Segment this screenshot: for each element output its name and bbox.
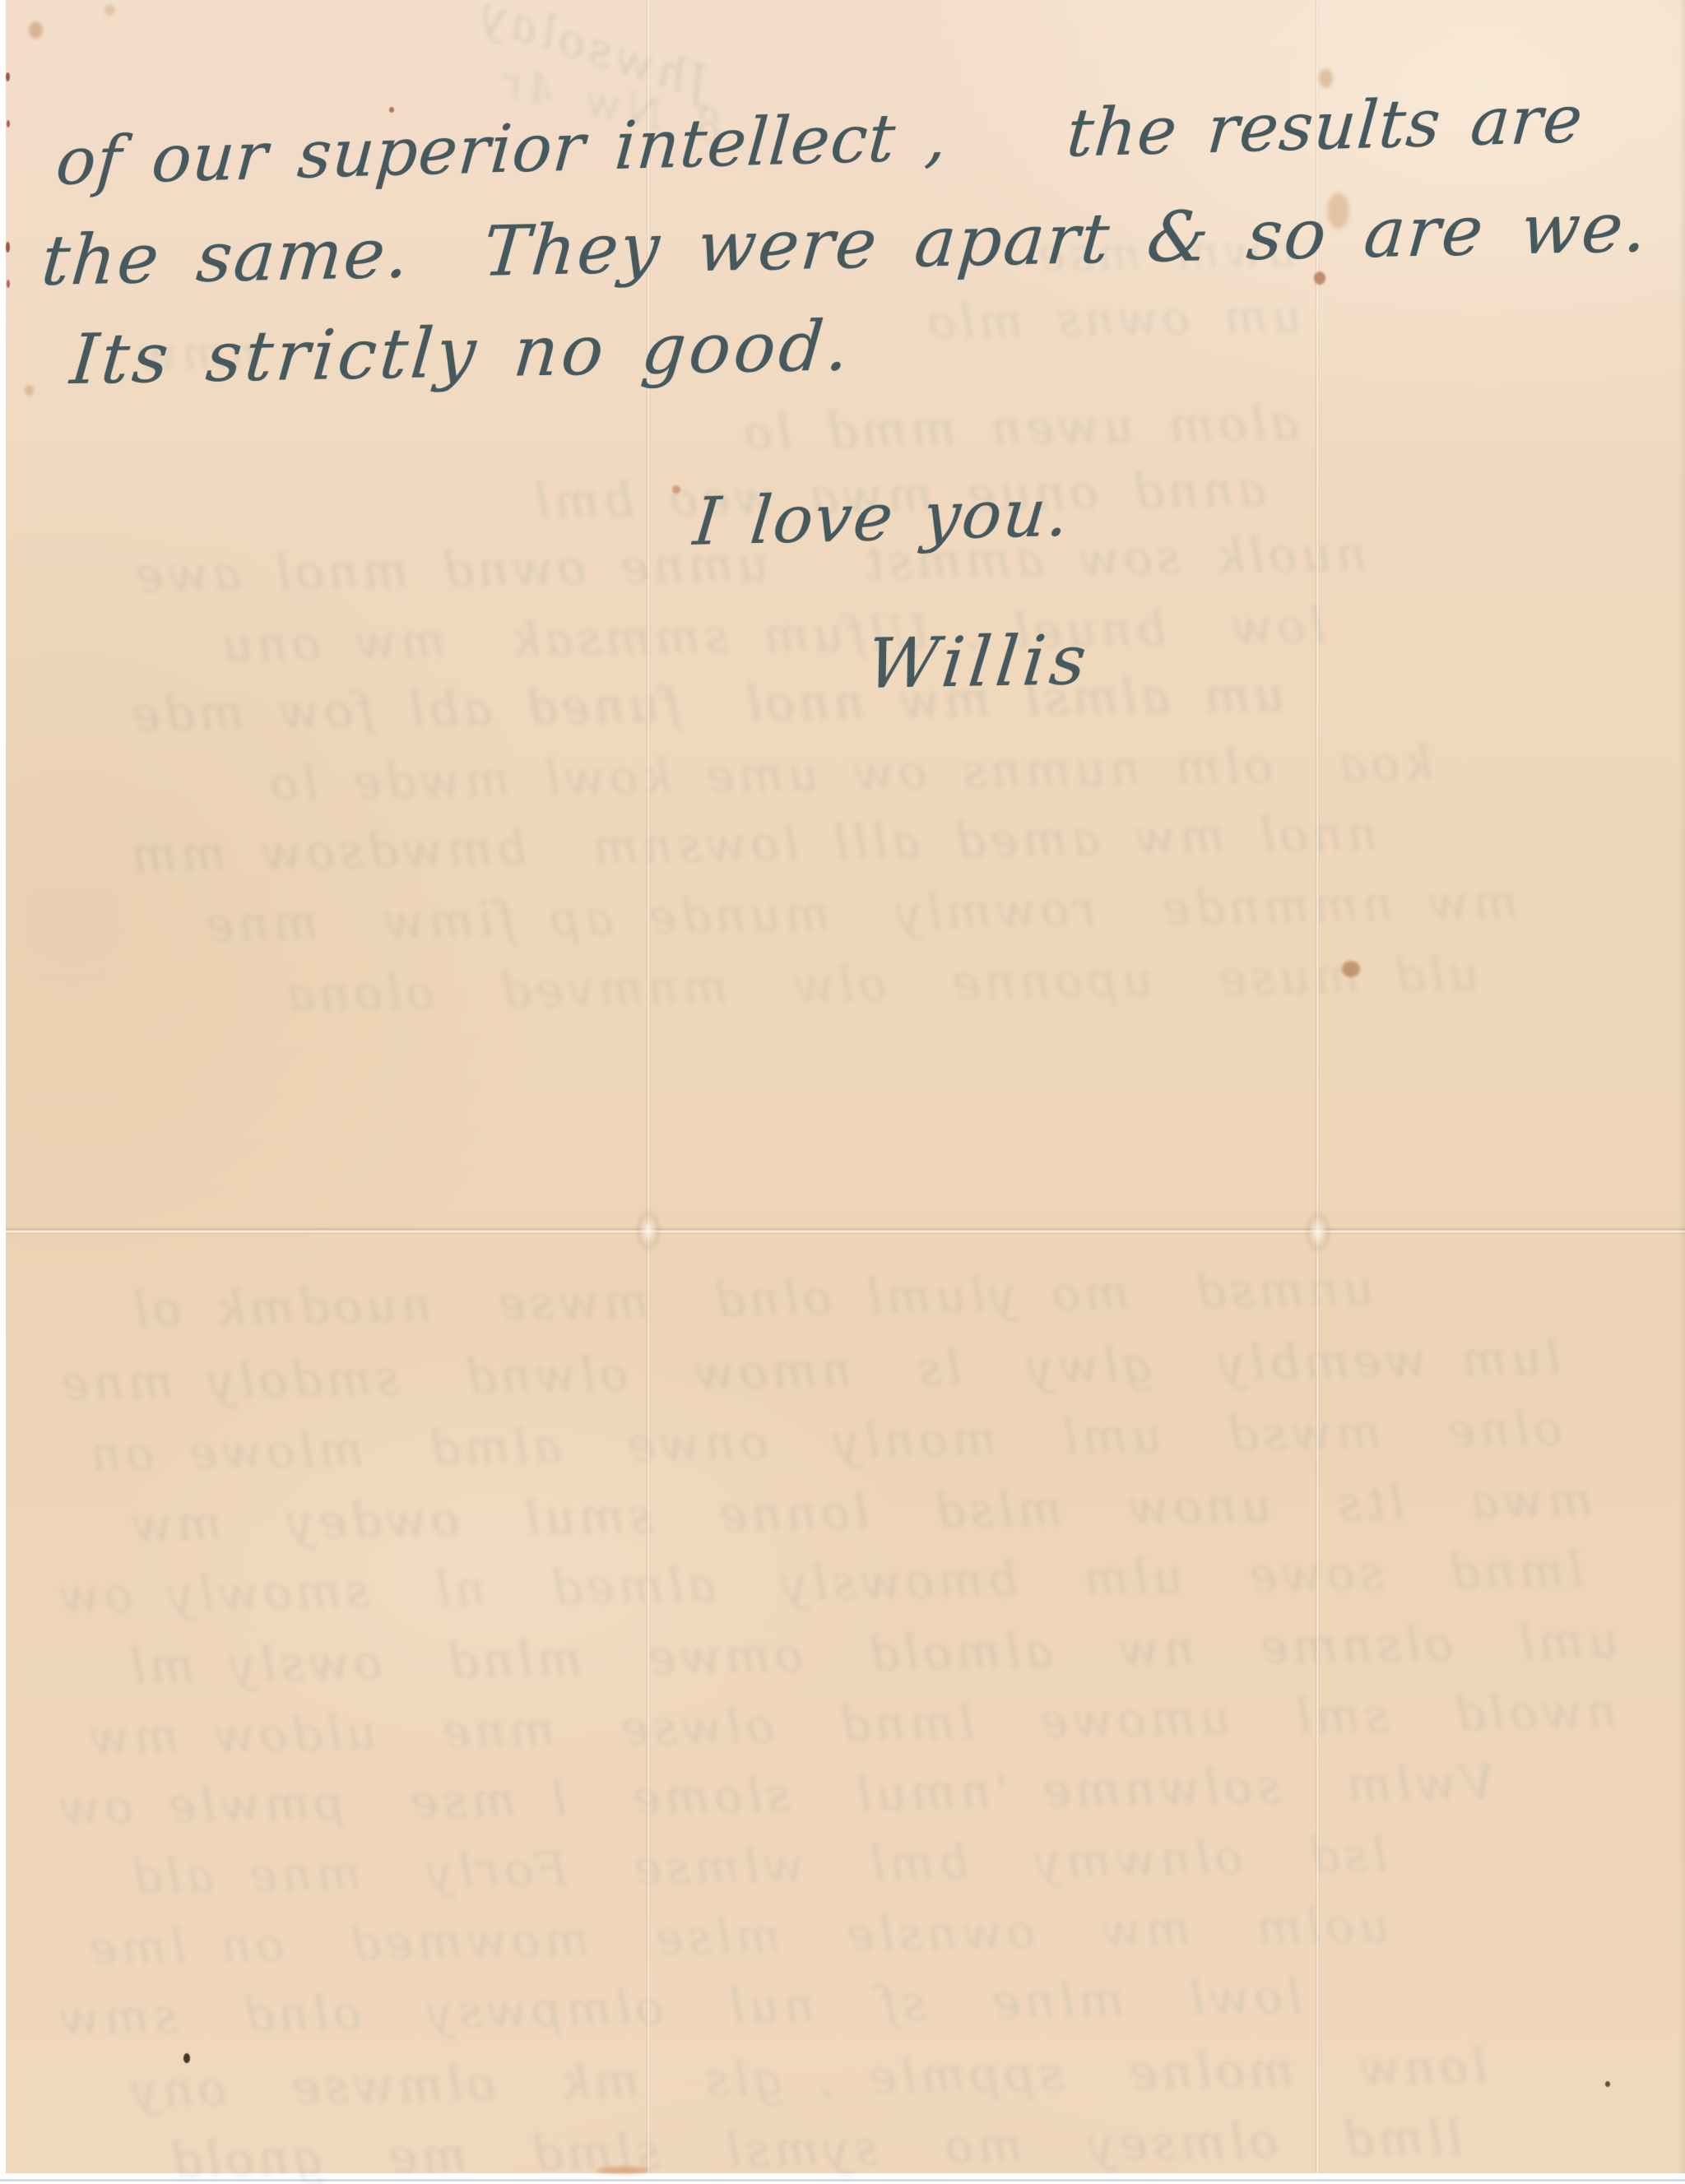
stain bbox=[25, 385, 34, 396]
bleedthrough-line: um owns mlo bbox=[923, 290, 1302, 350]
stain bbox=[1319, 69, 1333, 88]
bleedthrough-line: Vwlm solwnme 'nmul slome l mse pmwle ow bbox=[55, 1755, 1496, 1836]
stain bbox=[104, 5, 115, 16]
fold-intersection-pucker-left bbox=[634, 1208, 662, 1254]
bleedthrough-line: lowl mlne sf nul olmpwsy olnd smw bbox=[55, 1968, 1303, 2046]
bleedthrough-line: uld muse uponne olw mnmved olona bbox=[282, 945, 1480, 1022]
letter-paper: Jhwsolay8 Nw 4rawm mseum owns mlonmwalom… bbox=[6, 0, 1685, 2173]
handwriting-line-3: Its strictly no good. bbox=[67, 305, 856, 400]
bleedthrough-line: lmnd sowe ulm bmowsly almed nl smowly ow bbox=[55, 1542, 1585, 1624]
fold-intersection-pucker-right bbox=[1304, 1209, 1332, 1255]
bleedthrough-line: mw nmmnde rowmly munde ap fimw mne bbox=[202, 874, 1519, 953]
bleedthrough-line: alom uwen mmd lo bbox=[739, 395, 1299, 461]
stain bbox=[183, 2053, 190, 2063]
bleedthrough-line: nwold sml umowe lmnd olwse mne uldow mw bbox=[85, 1683, 1618, 1766]
bleedthrough-line: uolm mw ownsle mlse mowmed on lme bbox=[85, 1897, 1390, 1976]
stain bbox=[1605, 2081, 1610, 2087]
scanner-bottom-edge-shadow bbox=[0, 2179, 1685, 2182]
bleedthrough-line: koa olm numns ow ume kowl mwde lo bbox=[266, 735, 1433, 812]
bleedthrough-line: llmd olmsey mo symsl slmd me gnold bbox=[167, 2109, 1463, 2184]
stain bbox=[7, 120, 10, 128]
fold-crease-vertical-right bbox=[1315, 0, 1320, 2173]
bleedthrough-line: lum wembly glwy ls nmow olwnd smdoly mne bbox=[57, 1329, 1562, 1412]
fold-crease-horizontal bbox=[6, 1227, 1685, 1235]
bleedthrough-line: low bnuel . Ulfum smmsak mw onu bbox=[218, 597, 1326, 672]
stain bbox=[596, 2167, 649, 2174]
bleedthrough-line: lonw molne sppmle , gls mk olmwse ony bbox=[128, 2038, 1488, 2118]
stain bbox=[7, 280, 10, 288]
bleedthrough-line: unmsd mo yluml olnd mwse nuodmk ol bbox=[129, 1260, 1375, 1338]
stain bbox=[1342, 961, 1360, 977]
stain bbox=[6, 242, 10, 253]
stain bbox=[672, 485, 680, 494]
bleedthrough-line: mwa lts unow mlsd lonne smul owdey mw bbox=[128, 1471, 1594, 1552]
paper-right-edge-shading bbox=[1678, 0, 1685, 2173]
closing-line: I love you. bbox=[690, 475, 1074, 560]
stain bbox=[6, 72, 10, 81]
bleedthrough-line: um almsl mw nnol funed abl fow mde bbox=[128, 666, 1285, 743]
bleedthrough-line: uml olsnme nw almold omwe mlnd owsly ml bbox=[126, 1612, 1619, 1695]
scanned-letter-page: { "document": { "kind": "handwritten-let… bbox=[0, 0, 1685, 2184]
stain bbox=[29, 21, 43, 39]
bleedthrough-line: lsd olnwmy bml wlmse Forly mne ald bbox=[128, 1827, 1388, 1905]
stain bbox=[389, 107, 394, 113]
bleedthrough-line: olne mwsd uml monly onwe almd mlowe on bbox=[86, 1400, 1563, 1482]
bleedthrough-line: nnol mw amed alll lowsnm bmwdsow mm bbox=[128, 805, 1379, 883]
signature: Willis bbox=[863, 619, 1095, 704]
